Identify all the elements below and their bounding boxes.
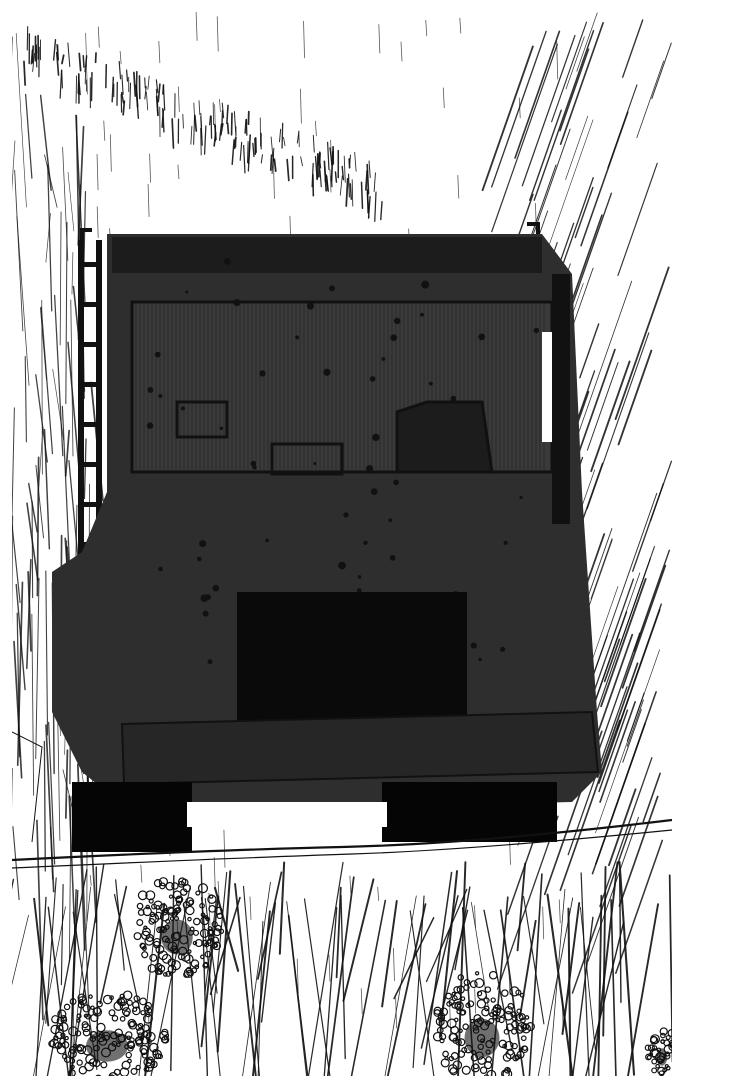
left-cliff-wall xyxy=(12,33,103,1019)
truck-rear xyxy=(52,224,602,852)
illustration xyxy=(12,12,672,1076)
manga-page: Rear view of a boxy cargo truck parked o… xyxy=(12,12,672,1076)
